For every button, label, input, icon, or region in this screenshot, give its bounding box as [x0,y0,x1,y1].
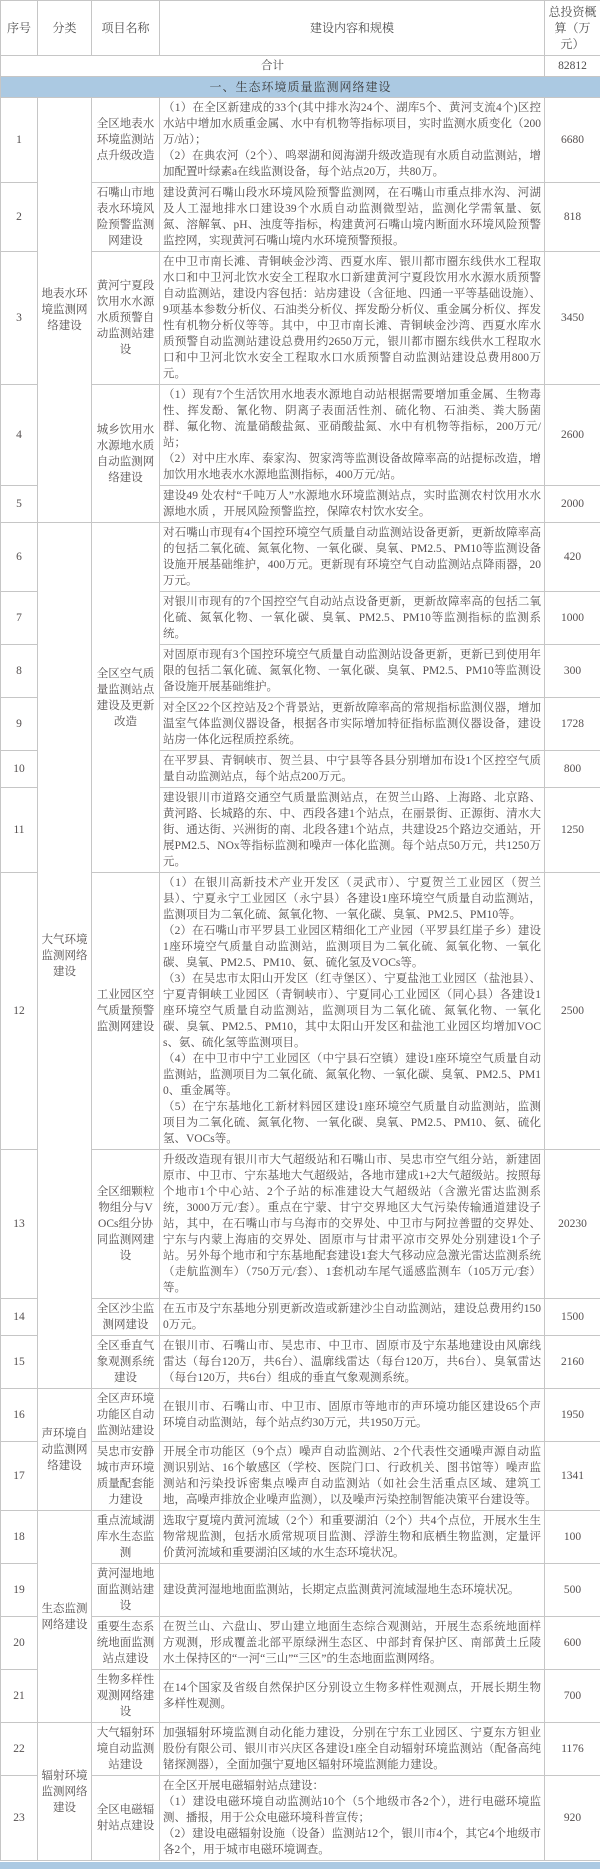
budget-cell: 6680 [545,98,600,183]
content-cell: 对银川市现有的7个国控空气自动站点设备更新，更新故障率高的包括二氧化硫、氮氧化物… [160,592,545,645]
serial-cell: 9 [1,698,38,751]
budget-cell: 1341 [545,1442,600,1511]
serial-cell: 12 [1,873,38,1150]
serial-cell: 18 [1,1511,38,1564]
serial-cell: 6 [1,523,38,592]
section-title: 一、生态环境质量监测网络建设 [1,77,600,98]
project-cell: 全区电磁辐射站点建设 [92,1776,160,1861]
project-cell: 全区垂直气象观测系统建设 [92,1336,160,1389]
next-section-bar-cutoff [0,1862,600,1869]
section-header-row: 一、生态环境质量监测网络建设 [1,77,600,98]
content-cell: 在全区开展电磁辐射站点建设： （1）建设电磁环境自动监测站10个（5个地级市各2… [160,1776,545,1861]
serial-cell: 5 [1,486,38,523]
project-cell: 工业园区空气质量预警监测网建设 [92,873,160,1150]
content-cell: 对全区22个区控站及2个背景站，更新故障率高的常规指标监测仪器，增加温室气体监测… [160,698,545,751]
budget-cell: 700 [545,1670,600,1723]
budget-cell: 2600 [545,385,600,486]
serial-cell: 23 [1,1776,38,1861]
project-cell: 大气辐射环境自动监测站建设 [92,1723,160,1776]
content-cell: （1）现有7个生活饮用水地表水源地自动站根据需要增加重金属、生物毒性、挥发酚、氰… [160,385,545,486]
table-header-row: 序号 分类 项目名称 建设内容和规模 总投资概算（万元） [1,1,600,56]
category-cell: 声环境自动监测网络建设 [38,1389,92,1511]
content-cell: 在贺兰山、六盘山、罗山建立地面生态综合观测站，开展生态系统地面样方观测，形成覆盖… [160,1617,545,1670]
project-cell: 重要生态系统地面监测站点建设 [92,1617,160,1670]
budget-cell: 2160 [545,1336,600,1389]
serial-cell: 19 [1,1564,38,1617]
budget-cell: 20230 [545,1150,600,1299]
budget-cell: 1000 [545,592,600,645]
serial-cell: 1 [1,98,38,183]
budget-cell: 800 [545,751,600,788]
serial-cell: 7 [1,592,38,645]
project-cell: 吴忠市安静城市声环境质量配套能力建设 [92,1442,160,1511]
content-cell: 选取宁夏境内黄河流域（2个）和重要湖泊（2个）共4个点位，开展水生生物常规监测，… [160,1511,545,1564]
serial-cell: 14 [1,1299,38,1336]
content-cell: 在银川市、石嘴山市、中卫市、固原市等地市的声环境功能区建设65个声环境自动监测站… [160,1389,545,1442]
serial-cell: 15 [1,1336,38,1389]
total-row: 合计 82812 [1,56,600,77]
project-table: 序号 分类 项目名称 建设内容和规模 总投资概算（万元） 合计 82812 一、… [0,0,600,1861]
table-row: 1 地表水环境监测网络建设 全区地表水环境监测站点升级改造 （1）在全区新建成的… [1,98,600,183]
budget-cell: 1250 [545,788,600,873]
content-cell: 在14个国家及省级自然保护区分别设立生物多样性观测点，开展长期生物多样性观测。 [160,1670,545,1723]
project-cell: 全区地表水环境监测站点升级改造 [92,98,160,183]
col-header-category: 分类 [38,1,92,56]
serial-cell: 3 [1,252,38,385]
budget-cell: 1950 [545,1389,600,1442]
content-cell: （1）在银川高新技术产业开发区（灵武市）、宁夏贺兰工业园区（贺兰县）、宁夏永宁工… [160,873,545,1150]
content-cell: （1）在全区新建成的33个(其中排水沟24个、湖库5个、黄河支流4个)区控水站中… [160,98,545,183]
content-cell: 建设银川市道路交通空气质量监测站点，在贺兰山路、上海路、北京路、黄河路、长城路的… [160,788,545,873]
content-cell: 在银川市、石嘴山市、吴忠市、中卫市、固原市及宁东基地建设由风廓线雷达（每台120… [160,1336,545,1389]
budget-cell: 600 [545,1617,600,1670]
serial-cell: 10 [1,751,38,788]
project-cell: 全区空气质量监测站点建设及更新改造 [92,523,160,873]
total-value: 82812 [545,56,600,77]
budget-cell: 920 [545,1776,600,1861]
budget-cell: 2000 [545,486,600,523]
content-cell: 在平罗县、青铜峡市、贺兰县、中宁县等各县分别增加布设1个区控空气质量自动监测站点… [160,751,545,788]
table-row: 16 声环境自动监测网络建设 全区声环境功能区自动监测站建设 在银川市、石嘴山市… [1,1389,600,1442]
budget-cell: 1728 [545,698,600,751]
project-cell: 全区沙尘监测网建设 [92,1299,160,1336]
budget-cell: 1176 [545,1723,600,1776]
content-cell: 建设49 处农村“千吨万人”水源地水环境监测站点，实时监测农村饮用水水源地水质 … [160,486,545,523]
budget-cell: 3450 [545,252,600,385]
budget-cell: 420 [545,523,600,592]
budget-cell: 2500 [545,873,600,1150]
table-row: 6 大气环境监测网络建设 全区空气质量监测站点建设及更新改造 对石嘴山市现有4个… [1,523,600,592]
project-cell: 全区细颗粒物组分与VOCs组分协同监测网建设 [92,1150,160,1299]
serial-cell: 8 [1,645,38,698]
content-cell: 在五市及宁东基地分别更新改造或新建沙尘自动监测站，建设总费用约1500万元。 [160,1299,545,1336]
project-cell: 重点流域湖库水生态监测 [92,1511,160,1564]
serial-cell: 2 [1,183,38,252]
category-cell: 辐射环境监测网络建设 [38,1723,92,1861]
budget-cell: 1500 [545,1299,600,1336]
table-row: 18 生态监测网络建设 重点流域湖库水生态监测 选取宁夏境内黄河流域（2个）和重… [1,1511,600,1564]
project-cell: 城乡饮用水水源地水质自动监测网络建设 [92,385,160,523]
project-cell: 生物多样性观测网络建设 [92,1670,160,1723]
serial-cell: 20 [1,1617,38,1670]
content-cell: 开展全市功能区（9个点）噪声自动监测站、2个代表性交通噪声源自动监测识别站、16… [160,1442,545,1511]
total-label: 合计 [1,56,545,77]
col-header-project: 项目名称 [92,1,160,56]
content-cell: 对固原市现有3个国控环境空气质量自动监测站设备更新，更新已到使用年限的包括二氧化… [160,645,545,698]
serial-cell: 4 [1,385,38,486]
col-header-content: 建设内容和规模 [160,1,545,56]
table-row: 22 辐射环境监测网络建设 大气辐射环境自动监测站建设 加强辐射环境监测自动化能… [1,1723,600,1776]
content-cell: 加强辐射环境监测自动化能力建设，分别在宁东工业园区、宁夏东方钽业股份有限公司、银… [160,1723,545,1776]
project-cell: 黄河湿地地面监测站建设 [92,1564,160,1617]
content-cell: 建设黄河石嘴山段水环境风险预警监测网，在石嘴山市重点排水沟、河湖及人工湿地排水口… [160,183,545,252]
content-cell: 对石嘴山市现有4个国控环境空气质量自动监测站设备更新，更新故障率高的包括二氧化硫… [160,523,545,592]
col-header-serial: 序号 [1,1,38,56]
budget-cell: 100 [545,1511,600,1564]
category-cell: 地表水环境监测网络建设 [38,98,92,523]
content-cell: 在中卫市南长滩、青铜峡金沙湾、西夏水库、银川都市圈东线供水工程取水口和中卫河北饮… [160,252,545,385]
budget-cell: 818 [545,183,600,252]
category-cell: 生态监测网络建设 [38,1511,92,1723]
budget-cell: 300 [545,645,600,698]
content-cell: 建设黄河湿地地面监测站，长期定点监测黄河流域湿地生态环境状况。 [160,1564,545,1617]
serial-cell: 17 [1,1442,38,1511]
content-cell: 升级改造现有银川市大气超级站和石嘴山市、吴忠市空气组分站，新建固原市、中卫市、宁… [160,1150,545,1299]
serial-cell: 11 [1,788,38,873]
project-cell: 全区声环境功能区自动监测站建设 [92,1389,160,1442]
serial-cell: 22 [1,1723,38,1776]
serial-cell: 13 [1,1150,38,1299]
serial-cell: 21 [1,1670,38,1723]
project-cell: 石嘴山市地表水环境风险预警监测网建设 [92,183,160,252]
category-cell: 大气环境监测网络建设 [38,523,92,1389]
serial-cell: 16 [1,1389,38,1442]
project-cell: 黄河宁夏段饮用水水源水质预警自动监测站建设 [92,252,160,385]
col-header-budget: 总投资概算（万元） [545,1,600,56]
budget-cell: 500 [545,1564,600,1617]
